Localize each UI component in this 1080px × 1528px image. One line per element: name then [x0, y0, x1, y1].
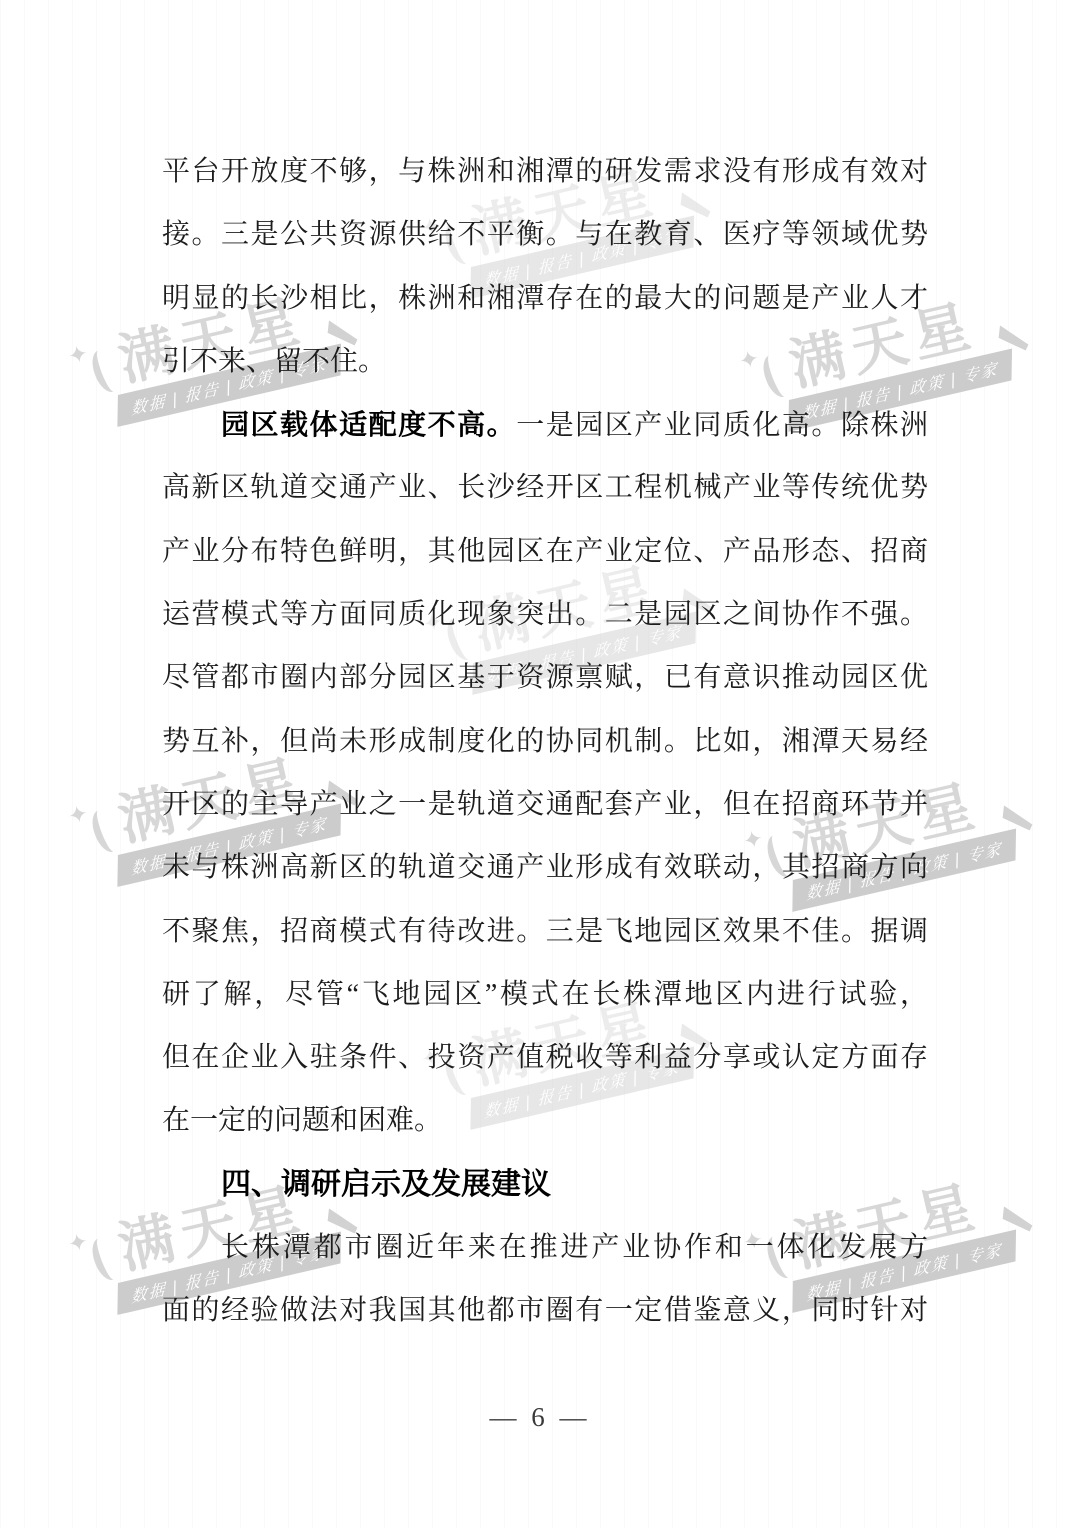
doc-line: 势互补，但尚未形成制度化的协同机制。比如，湘潭天易经: [162, 710, 928, 773]
doc-line: 开区的主导产业之一是轨道交通配套产业，但在招商环节并: [162, 773, 928, 836]
bold-text-segment: 四、调研启示及发展建议: [221, 1168, 551, 1201]
watermark-crescent-icon: [87, 346, 124, 395]
bold-text-segment: 园区载体适配度不高。: [221, 409, 516, 440]
doc-line: 研了解，尽管“飞地园区”模式在长株潭地区内进行试验，: [162, 963, 928, 1026]
text-segment: 运营模式等方面同质化现象突出。二是园区之间协作不强。: [162, 599, 928, 630]
watermark-swoosh-icon: [999, 1206, 1035, 1231]
text-segment: 明显的长沙相比，株洲和湘潭存在的最大的问题是产业人才: [162, 283, 928, 314]
doc-line: 引不来、留不住。: [162, 330, 928, 393]
text-segment: 产业分布特色鲜明，其他园区在产业定位、产品形态、招商: [162, 536, 928, 567]
watermark-crescent-icon: [87, 1234, 124, 1283]
text-segment: 长株潭都市圈近年来在推进产业协作和一体化发展方: [221, 1232, 928, 1263]
doc-line: 在一定的问题和困难。: [162, 1089, 928, 1152]
doc-line: 园区载体适配度不高。一是园区产业同质化高。除株洲: [162, 393, 928, 456]
doc-line: 运营模式等方面同质化现象突出。二是园区之间协作不强。: [162, 583, 928, 646]
document-page: ✦ 满天星 数据 | 报告 | 政策 | 专家 ✦ 满天星 数据 | 报告 | …: [0, 0, 1080, 1528]
text-segment: 接。三是公共资源供给不平衡。与在教育、医疗等领域优势: [162, 219, 928, 250]
watermark-star-icon: ✦: [66, 1229, 91, 1257]
doc-line: 但在企业入驻条件、投资产值税收等利益分享或认定方面存: [162, 1026, 928, 1089]
text-segment: 引不来、留不住。: [162, 346, 386, 377]
text-segment: 但在企业入驻条件、投资产值税收等利益分享或认定方面存: [162, 1042, 928, 1073]
doc-line: 不聚焦，招商模式有待改进。三是飞地园区效果不佳。据调: [162, 900, 928, 963]
doc-line: 高新区轨道交通产业、长沙经开区工程机械产业等传统优势: [162, 456, 928, 519]
watermark-star-icon: ✦: [66, 801, 91, 829]
section-heading: 四、调研启示及发展建议: [162, 1153, 928, 1216]
text-segment: 在一定的问题和困难。: [162, 1105, 442, 1136]
text-segment: 开区的主导产业之一是轨道交通配套产业，但在招商环节并: [162, 789, 928, 820]
text-segment: 研了解，尽管“飞地园区”模式在长株潭地区内进行试验，: [162, 979, 928, 1010]
text-segment: 一是园区产业同质化高。除株洲: [516, 410, 928, 441]
watermark-swoosh-icon: [995, 325, 1031, 350]
doc-line: 平台开放度不够，与株洲和湘潭的研发需求没有形成有效对: [162, 140, 928, 203]
text-segment: 尽管都市圈内部分园区基于资源禀赋，已有意识推动园区优: [162, 662, 928, 693]
doc-line: 面的经验做法对我国其他都市圈有一定借鉴意义，同时针对: [162, 1279, 928, 1342]
text-segment: 未与株洲高新区的轨道交通产业形成有效联动，其招商方向: [162, 852, 928, 883]
doc-line: 明显的长沙相比，株洲和湘潭存在的最大的问题是产业人才: [162, 267, 928, 330]
text-segment: 不聚焦，招商模式有待改进。三是飞地园区效果不佳。据调: [162, 916, 928, 947]
text-segment: 高新区轨道交通产业、长沙经开区工程机械产业等传统优势: [162, 472, 928, 503]
doc-line: 尽管都市圈内部分园区基于资源禀赋，已有意识推动园区优: [162, 646, 928, 709]
doc-line: 长株潭都市圈近年来在推进产业协作和一体化发展方: [162, 1216, 928, 1279]
text-segment: 面的经验做法对我国其他都市圈有一定借鉴意义，同时针对: [162, 1295, 928, 1326]
page-number: — 6 —: [0, 1402, 1080, 1433]
watermark-star-icon: ✦: [66, 341, 91, 369]
watermark-crescent-icon: [87, 806, 124, 855]
watermark-swoosh-icon: [999, 805, 1035, 830]
text-segment: 势互补，但尚未形成制度化的协同机制。比如，湘潭天易经: [162, 726, 928, 757]
document-body: 平台开放度不够，与株洲和湘潭的研发需求没有形成有效对接。三是公共资源供给不平衡。…: [162, 140, 928, 1343]
doc-line: 未与株洲高新区的轨道交通产业形成有效联动，其招商方向: [162, 836, 928, 899]
text-segment: 平台开放度不够，与株洲和湘潭的研发需求没有形成有效对: [162, 156, 928, 187]
doc-line: 接。三是公共资源供给不平衡。与在教育、医疗等领域优势: [162, 203, 928, 266]
doc-line: 产业分布特色鲜明，其他园区在产业定位、产品形态、招商: [162, 520, 928, 583]
